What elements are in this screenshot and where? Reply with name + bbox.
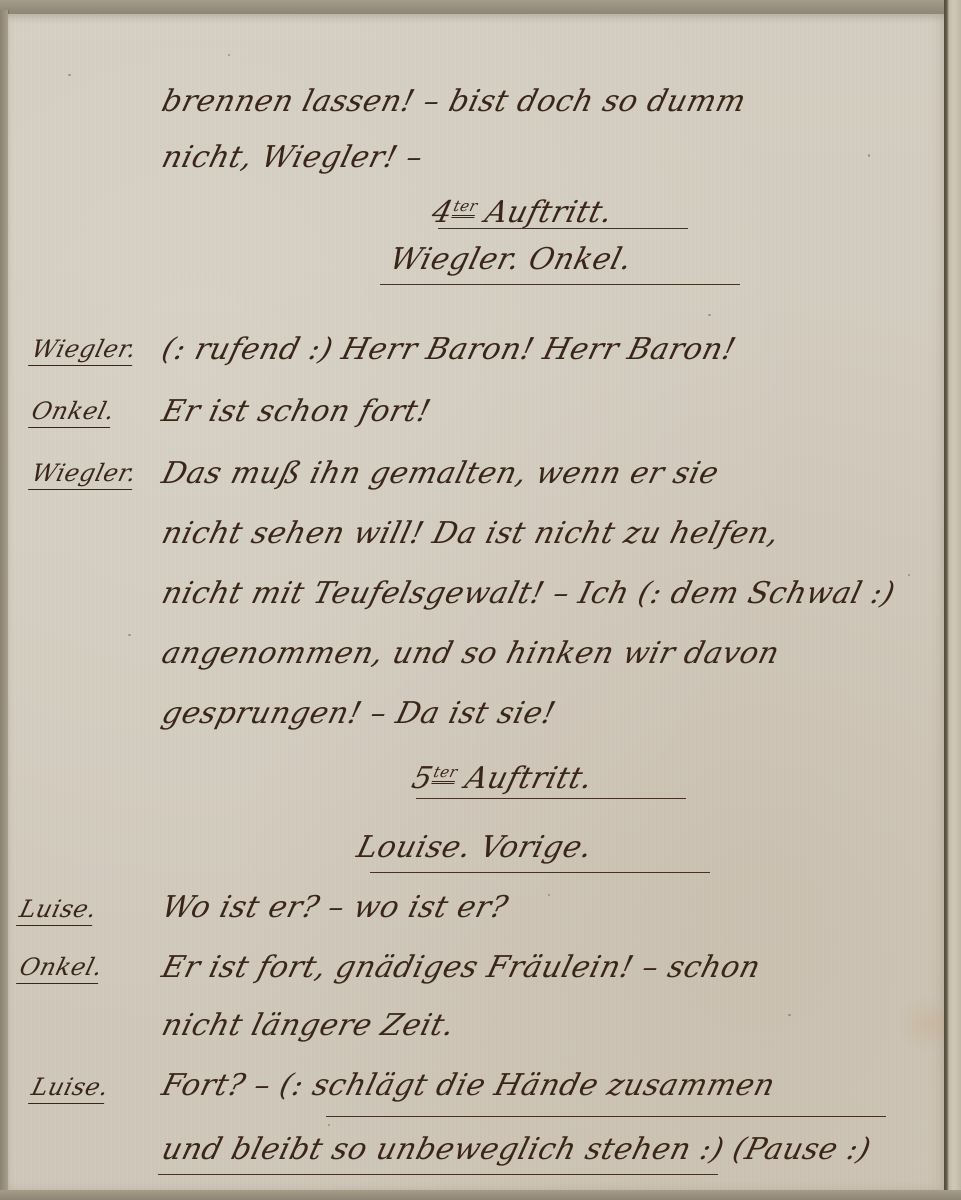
dialogue-text: (: rufend :) Herr Baron! Herr Baron!: [158, 332, 739, 367]
dialogue-line: und bleibt so unbeweglich stehen :) (Pau…: [158, 1132, 875, 1168]
dialogue-line: Er ist schon fort!: [158, 394, 434, 430]
scene-4-heading: 4ter Auftritt.: [428, 188, 618, 231]
scene-title: Auftritt.: [481, 195, 616, 230]
paper-speck: [68, 74, 71, 76]
stage-direction-underline: [326, 1116, 886, 1117]
scene-4-characters-rule: [380, 284, 740, 285]
dialogue-line: Wo ist er? – wo ist er?: [158, 890, 512, 926]
continuation-line-2: nicht, Wiegler! –: [158, 140, 427, 176]
paper-speck: [128, 634, 131, 636]
ordinal-suffix: ter: [431, 763, 460, 784]
ordinal-suffix: ter: [451, 197, 480, 218]
paper-speck: [708, 314, 711, 316]
dialogue-line: Das muß ihn gemalten, wenn er sie: [158, 456, 723, 492]
speaker-label: Wiegler.: [28, 334, 140, 366]
paper-speck: [328, 1124, 330, 1126]
dialogue-line: (: rufend :) Herr Baron! Herr Baron!: [158, 332, 739, 368]
scene-5-characters: Louise. Vorige.: [353, 830, 596, 866]
manuscript-page: brennen lassen! – bist doch so dumm nich…: [8, 14, 946, 1190]
scene-5-heading: 5ter Auftritt.: [408, 754, 598, 797]
dialogue-line: nicht längere Zeit.: [158, 1008, 458, 1044]
paper-speck: [228, 54, 230, 56]
dialogue-line: nicht sehen will! Da ist nicht zu helfen…: [158, 516, 783, 552]
scene-5-heading-rule: [416, 798, 686, 799]
speaker-label: Onkel.: [16, 952, 106, 984]
stage-direction-underline: [158, 1174, 718, 1175]
scene-4-heading-rule: [438, 228, 688, 229]
dialogue-line: nicht mit Teufelsgewalt! – Ich (: dem Sc…: [158, 576, 899, 612]
speaker-label: Luise.: [28, 1072, 112, 1104]
paper-speck: [548, 894, 550, 896]
dialogue-line: angenommen, und so hinken wir davon: [158, 636, 783, 672]
paper-speck: [868, 154, 870, 157]
paper-speck: [908, 574, 910, 576]
dialogue-line: gesprungen! – Da ist sie!: [158, 696, 559, 732]
page-bottom-edge: [0, 1190, 961, 1200]
paper-speck: [788, 1014, 791, 1016]
page-fold-edge: [944, 0, 961, 1200]
dialogue-line: Fort? – (: schlägt die Hände zusammen: [158, 1068, 779, 1104]
scene-title: Auftritt.: [461, 761, 596, 796]
speaker-label: Luise.: [16, 894, 100, 926]
continuation-line-1: brennen lassen! – bist doch so dumm: [158, 84, 750, 120]
speaker-label: Onkel.: [28, 396, 118, 428]
scene-4-characters: Wiegler. Onkel.: [386, 242, 636, 278]
speaker-label: Wiegler.: [28, 458, 140, 490]
dialogue-line: Er ist fort, gnädiges Fräulein! – schon: [158, 950, 764, 986]
manuscript-scan: brennen lassen! – bist doch so dumm nich…: [0, 0, 961, 1200]
scene-5-characters-rule: [370, 872, 710, 873]
